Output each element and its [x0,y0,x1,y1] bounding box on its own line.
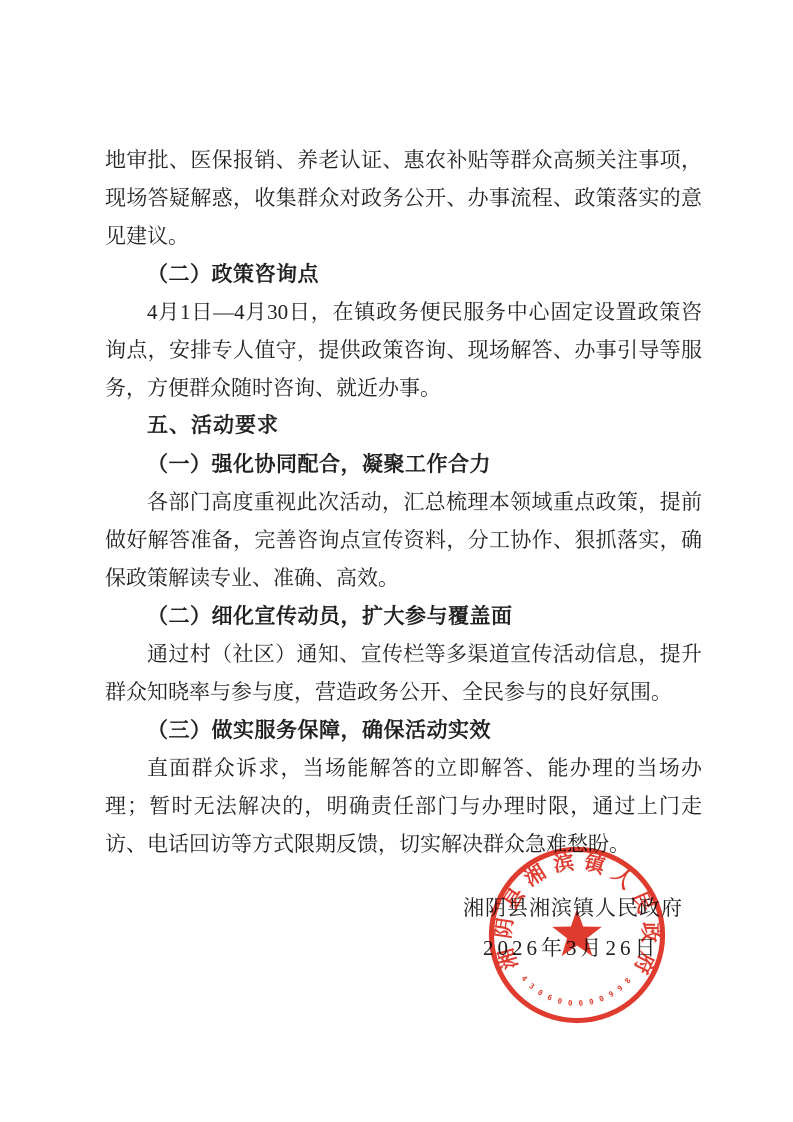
document-body: 地审批、医保报销、养老认证、惠农补贴等群众高频关注事项，现场答疑解惑，收集群众对… [105,141,702,863]
seal-star-icon [552,909,601,956]
paragraph-continuation: 地审批、医保报销、养老认证、惠农补贴等群众高频关注事项，现场答疑解惑，收集群众对… [105,141,702,255]
paragraph: 4月1日—4月30日，在镇政务便民服务中心固定设置政策咨询点，安排专人值守，提供… [105,293,702,407]
sub-heading-policy-consult-point: （二）政策咨询点 [105,255,702,293]
sub-heading-service-guarantee: （三）做实服务保障，确保活动实效 [105,711,702,749]
section-heading-activity-requirements: 五、活动要求 [105,407,702,445]
paragraph: 各部门高度重视此次活动，汇总梳理本领域重点政策，提前做好解答准备，完善咨询点宣传… [105,483,702,597]
sub-heading-coordination: （一）强化协同配合，凝聚工作合力 [105,445,702,483]
document-page: 地审批、医保报销、养老认证、惠农补贴等群众高频关注事项，现场答疑解惑，收集群众对… [0,0,793,1122]
paragraph: 通过村（社区）通知、宣传栏等多渠道宣传活动信息，提升群众知晓率与参与度，营造政务… [105,635,702,711]
sub-heading-publicity: （二）细化宣传动员，扩大参与覆盖面 [105,597,702,635]
official-seal: 湘阴县湘滨镇人民政府 4306000009988 [484,842,670,1028]
